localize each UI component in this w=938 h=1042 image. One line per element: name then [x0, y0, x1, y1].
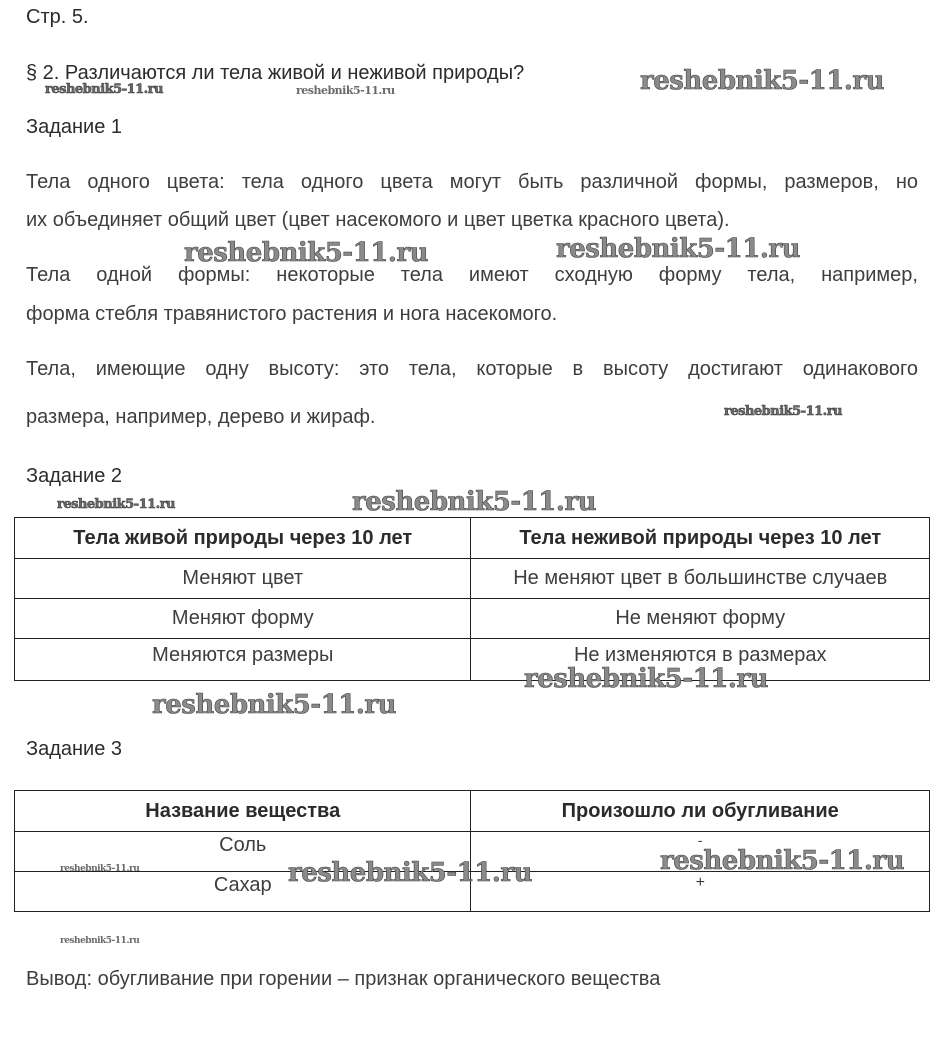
table-cell: Меняют цвет [15, 559, 471, 599]
watermark: reshebnik5-11.ru [724, 404, 842, 419]
table-cell: Меняются размеры [15, 639, 471, 681]
watermark: reshebnik5-11.ru [640, 66, 884, 96]
table-cell: + [471, 872, 930, 912]
watermark: reshebnik5-11.ru [288, 858, 532, 888]
conclusion-text: Вывод: обугливание при горении – признак… [26, 968, 660, 991]
table-row: Меняют форму Не меняют форму [15, 599, 930, 639]
table-row: Меняют цвет Не меняют цвет в большинстве… [15, 559, 930, 599]
table-cell: Не меняют форму [471, 599, 930, 639]
task2-table: Тела живой природы через 10 лет Тела неж… [14, 517, 930, 681]
task1-paragraph-3-line-1: Тела, имеющие одну высоту: это тела, кот… [26, 349, 918, 389]
watermark: reshebnik5-11.ru [60, 936, 139, 946]
task3-title: Задание 3 [26, 738, 122, 761]
table-header-cell: Произошло ли обугливание [471, 791, 930, 832]
table-header-cell: Тела живой природы через 10 лет [15, 518, 471, 559]
table-row: Меняются размеры Не изменяются в размера… [15, 639, 930, 681]
table-header-cell: Тела неживой природы через 10 лет [471, 518, 930, 559]
page-label: Стр. 5. [26, 6, 89, 29]
table-header-row: Название вещества Произошло ли обугливан… [15, 791, 930, 832]
task1-title: Задание 1 [26, 116, 122, 139]
table-header-cell: Название вещества [15, 791, 471, 832]
table-cell: Не меняют цвет в большинстве случаев [471, 559, 930, 599]
task1-paragraph-3-line-2: размера, например, дерево и жираф. [26, 397, 375, 437]
watermark: reshebnik5-11.ru [45, 82, 163, 97]
watermark: reshebnik5-11.ru [296, 84, 395, 97]
task2-title: Задание 2 [26, 465, 122, 488]
watermark: reshebnik5-11.ru [184, 238, 428, 268]
watermark: reshebnik5-11.ru [660, 846, 904, 876]
watermark: reshebnik5-11.ru [152, 690, 396, 720]
watermark: reshebnik5-11.ru [556, 234, 800, 264]
table-header-row: Тела живой природы через 10 лет Тела неж… [15, 518, 930, 559]
task1-paragraph-1-line-1: Тела одного цвета: тела одного цвета мог… [26, 162, 918, 202]
watermark: reshebnik5-11.ru [60, 864, 139, 874]
watermark: reshebnik5-11.ru [352, 487, 596, 517]
watermark: reshebnik5-11.ru [57, 497, 175, 512]
task1-paragraph-2-line-2: форма стебля травянистого растения и ног… [26, 294, 557, 334]
watermark: reshebnik5-11.ru [524, 664, 768, 694]
table-cell: Меняют форму [15, 599, 471, 639]
